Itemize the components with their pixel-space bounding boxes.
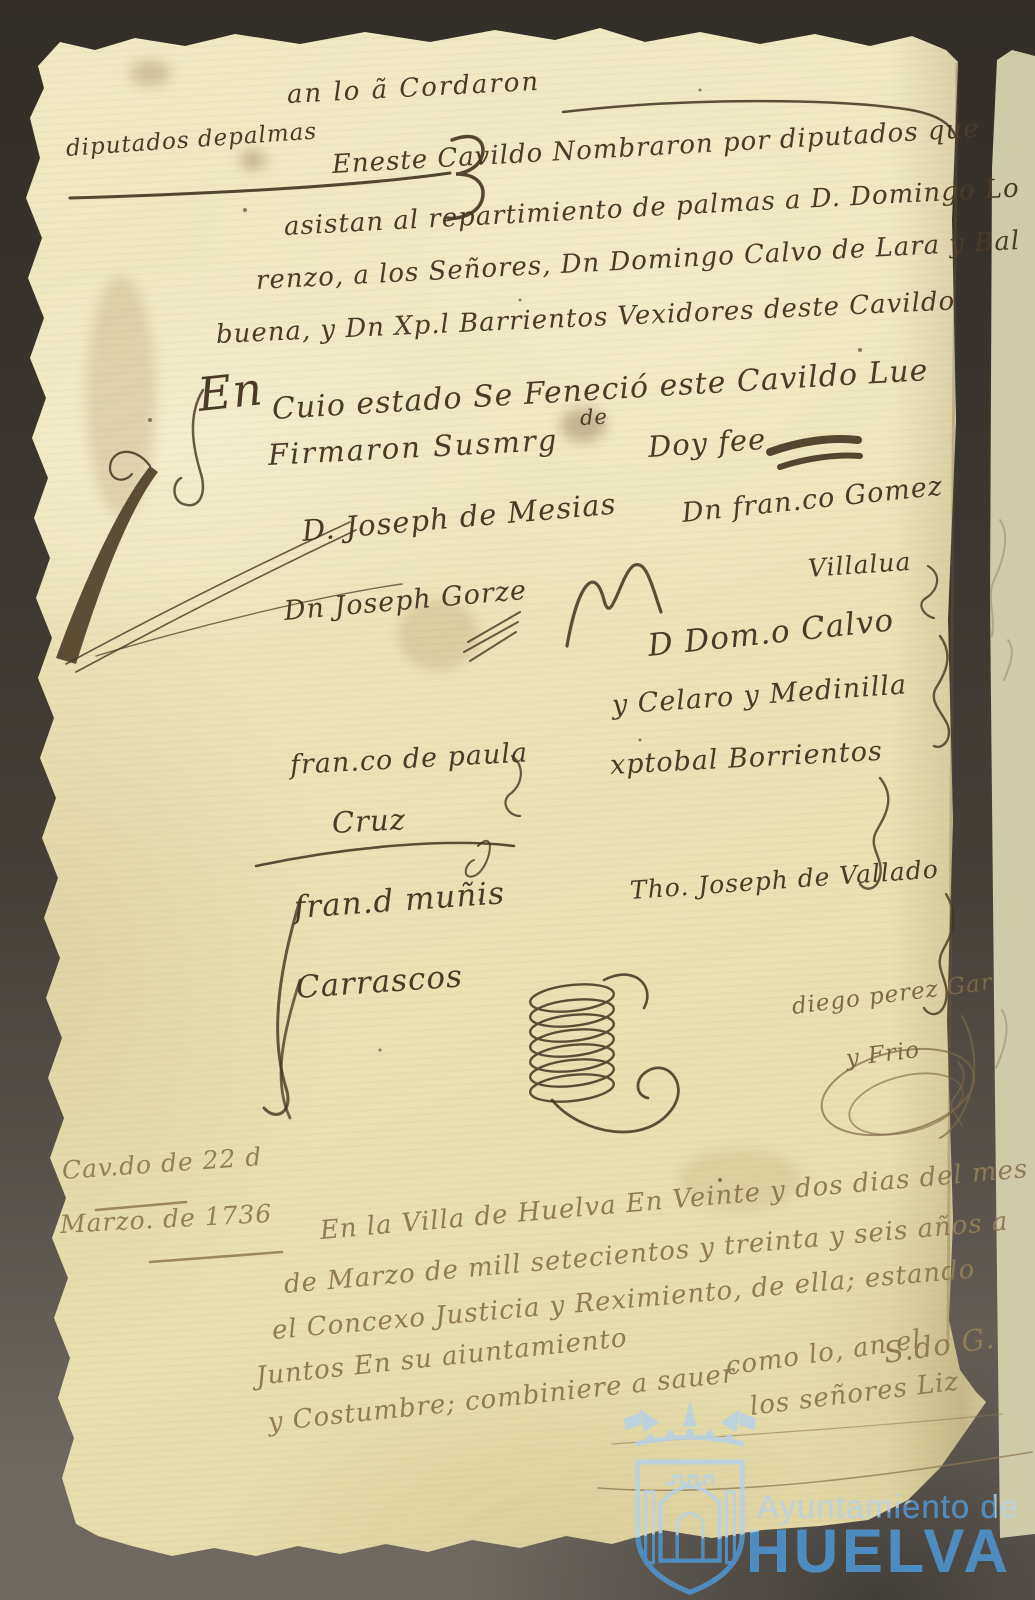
manuscript-photo: an lo ã Cordaron diputados depalmas Enes… — [0, 0, 1035, 1600]
signature: Cruz — [331, 802, 407, 840]
paper-stain — [240, 150, 266, 170]
paper-stain — [86, 276, 156, 516]
superscript-abbrev: de — [579, 405, 608, 430]
paper-stain — [130, 60, 170, 86]
body-capital: En — [195, 361, 266, 422]
